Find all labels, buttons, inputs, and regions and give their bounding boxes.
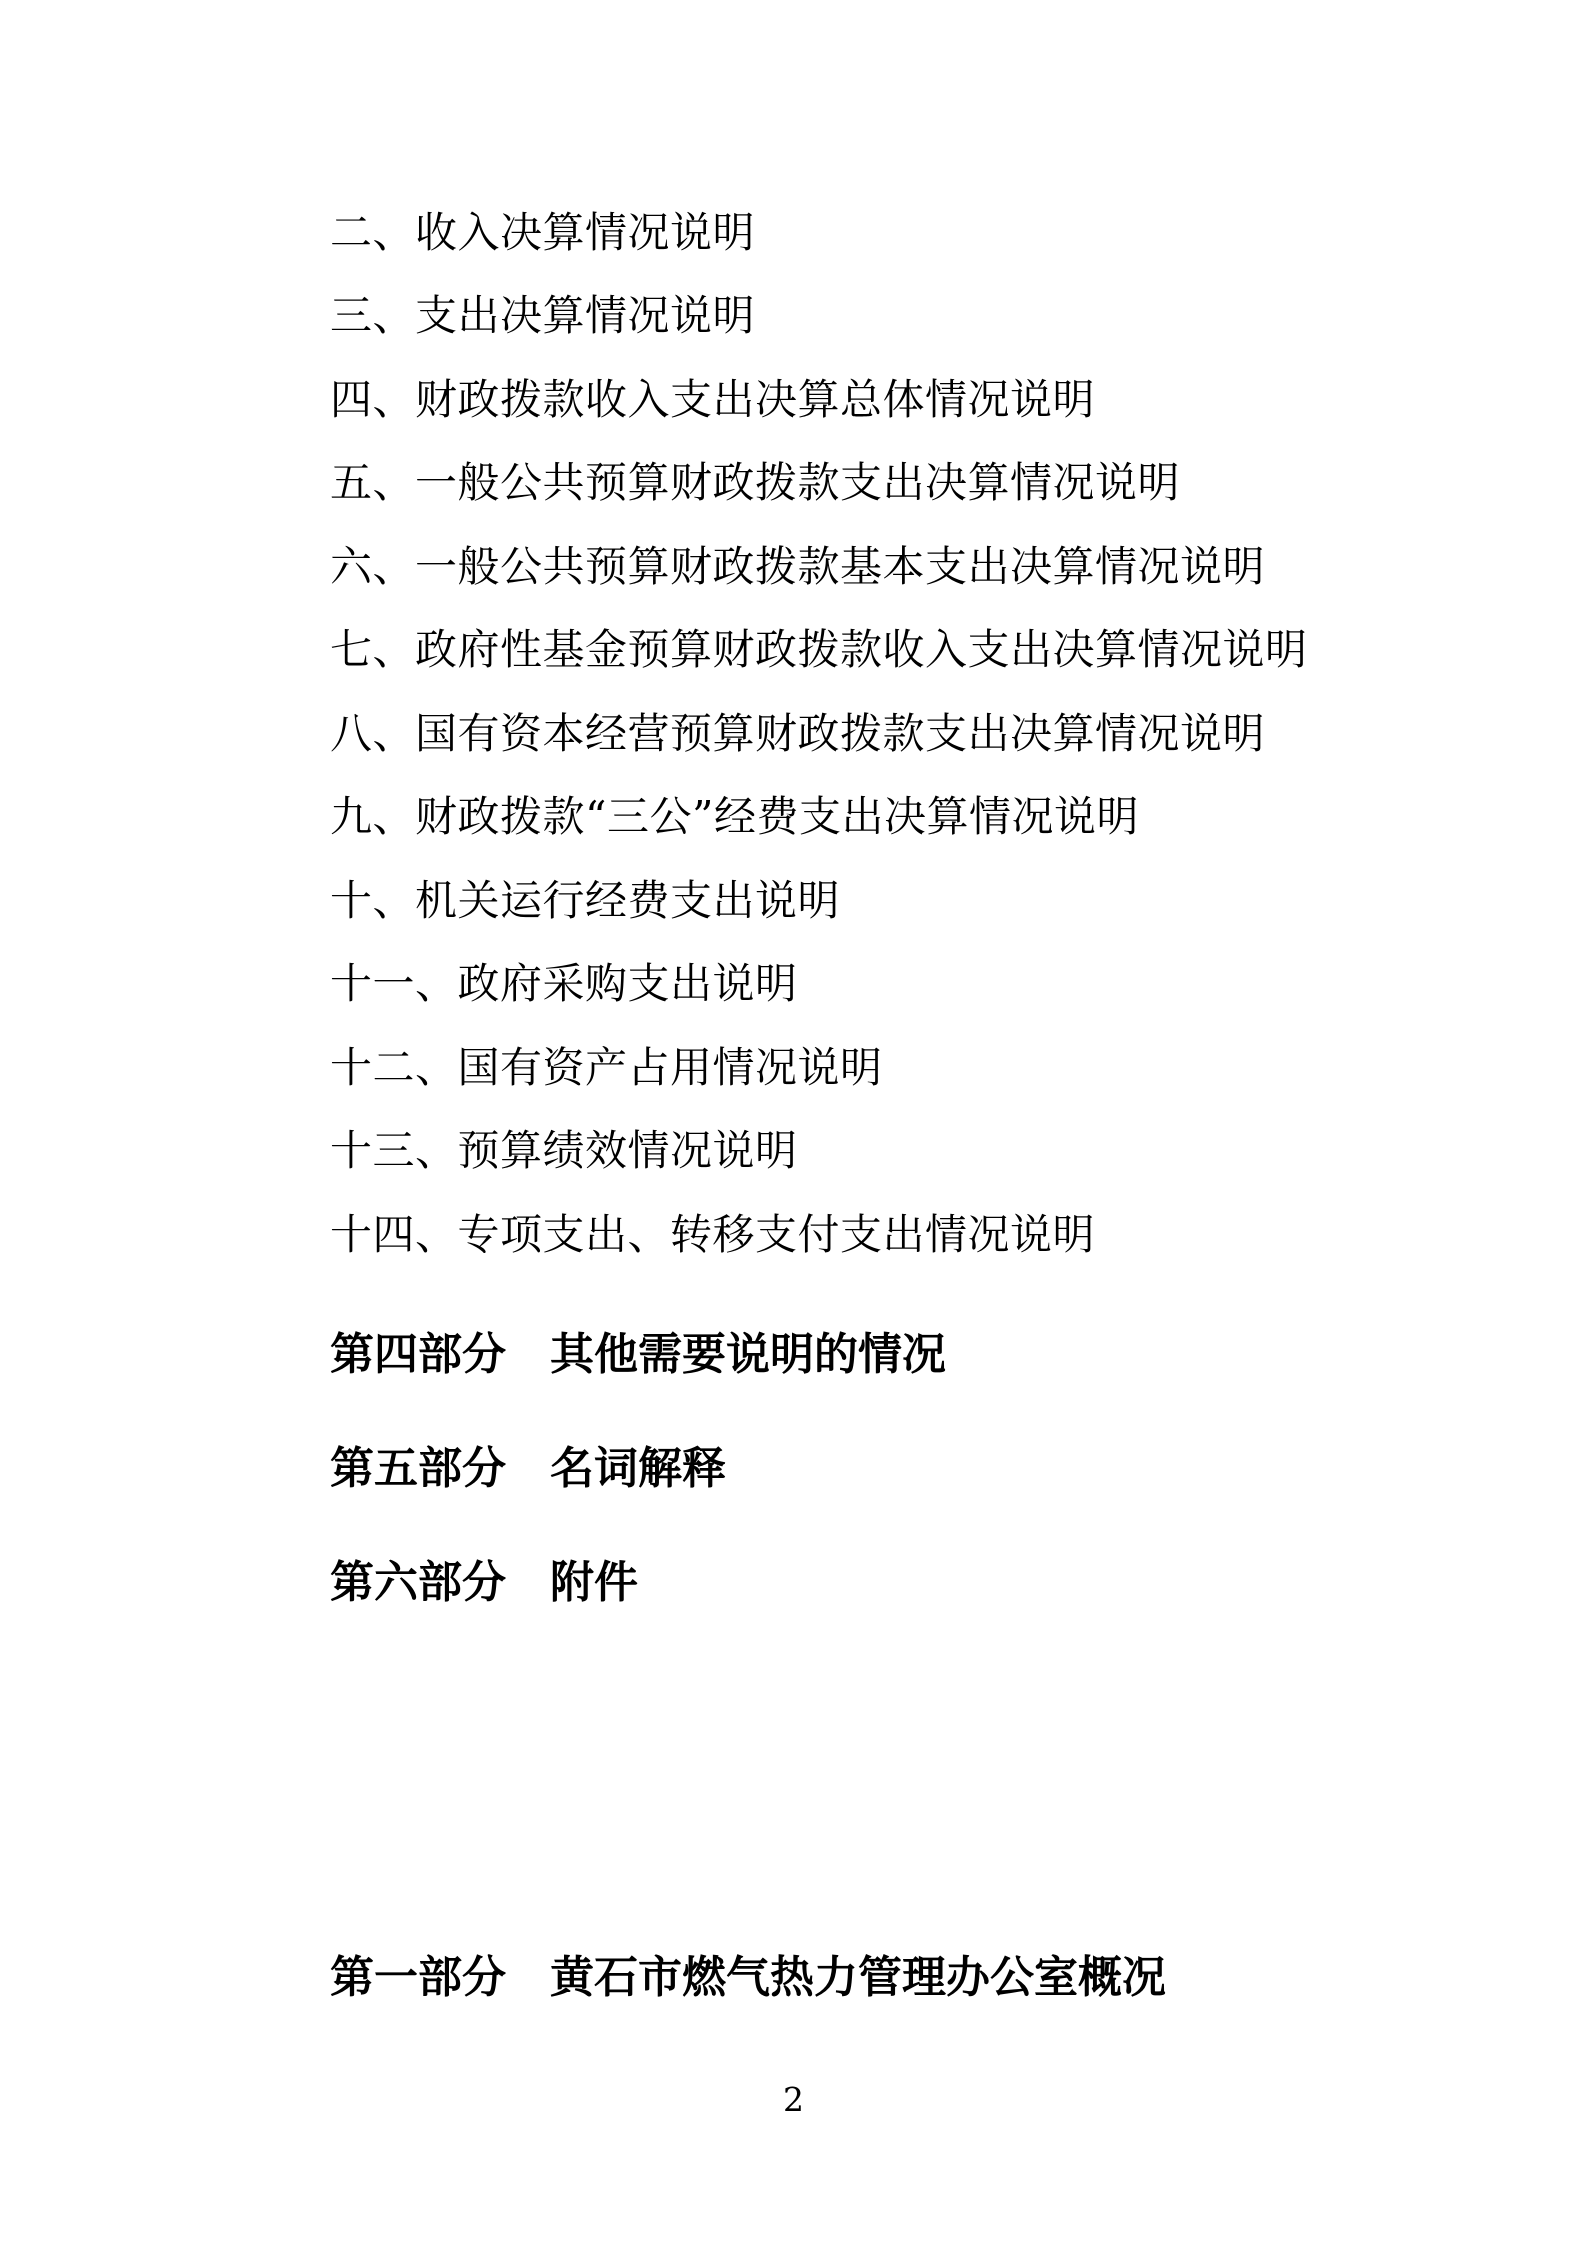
toc-item: 十一、政府采购支出说明 — [330, 940, 1530, 1024]
toc-item: 十二、国有资产占用情况说明 — [330, 1023, 1530, 1107]
part-heading-number: 第四部分 — [330, 1318, 506, 1382]
page-number: 2 — [0, 2078, 1587, 2122]
part-heading-title: 名词解释 — [550, 1432, 726, 1496]
toc-item: 八、国有资本经营预算财政拨款支出决算情况说明 — [330, 689, 1530, 773]
part-heading-1: 第一部分 黄石市燃气热力管理办公室概况 — [330, 1916, 1530, 2030]
toc-item: 四、财政拨款收入支出决算总体情况说明 — [330, 355, 1530, 439]
section-start: 第一部分 黄石市燃气热力管理办公室概况 — [330, 1916, 1530, 2030]
toc-item: 七、政府性基金预算财政拨款收入支出决算情况说明 — [330, 606, 1530, 690]
toc-item: 十三、预算绩效情况说明 — [330, 1107, 1530, 1191]
part-heading-title: 附件 — [550, 1546, 638, 1610]
part-heading-title: 其他需要说明的情况 — [550, 1318, 946, 1382]
part-heading-number: 第一部分 — [330, 1941, 506, 2005]
toc-list: 二、收入决算情况说明 三、支出决算情况说明 四、财政拨款收入支出决算总体情况说明… — [330, 188, 1530, 1274]
toc-item: 十四、专项支出、转移支付支出情况说明 — [330, 1190, 1530, 1274]
toc-item: 十、机关运行经费支出说明 — [330, 856, 1530, 940]
part-heading-number: 第六部分 — [330, 1546, 506, 1610]
part-heading-title: 黄石市燃气热力管理办公室概况 — [550, 1941, 1166, 2005]
part-heading-6: 第六部分 附件 — [330, 1521, 1530, 1635]
toc-item: 三、支出决算情况说明 — [330, 272, 1530, 356]
part-heading-4: 第四部分 其他需要说明的情况 — [330, 1293, 1530, 1407]
toc-item: 二、收入决算情况说明 — [330, 188, 1530, 272]
toc-item: 九、财政拨款“三公”经费支出决算情况说明 — [330, 773, 1530, 857]
part-heading-number: 第五部分 — [330, 1432, 506, 1496]
toc-item: 五、一般公共预算财政拨款支出决算情况说明 — [330, 439, 1530, 523]
part-heading-5: 第五部分 名词解释 — [330, 1407, 1530, 1521]
document-page: 二、收入决算情况说明 三、支出决算情况说明 四、财政拨款收入支出决算总体情况说明… — [0, 0, 1587, 2245]
toc-item: 六、一般公共预算财政拨款基本支出决算情况说明 — [330, 522, 1530, 606]
part-headings: 第四部分 其他需要说明的情况 第五部分 名词解释 第六部分 附件 — [330, 1293, 1530, 1635]
